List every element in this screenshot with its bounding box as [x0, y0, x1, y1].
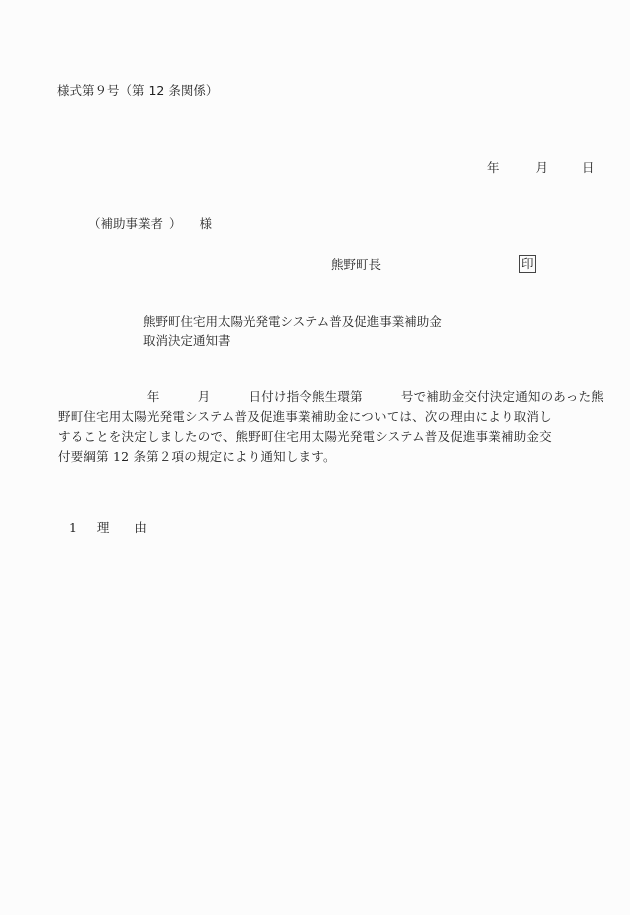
- addressee-open-paren: （: [88, 216, 101, 231]
- body-line: 付要綱第 12 条第２項の規定により通知します。: [58, 447, 590, 467]
- seal-stamp: 印: [519, 255, 536, 273]
- body-line: 年 月 日付け指令熊生環第 号で補助金交付決定通知のあった熊: [58, 387, 590, 407]
- date-year-label: 年: [487, 159, 500, 177]
- addressee-name: 補助事業者: [100, 216, 163, 231]
- body-paragraph: 年 月 日付け指令熊生環第 号で補助金交付決定通知のあった熊 野町住宅用太陽光発…: [58, 387, 590, 467]
- addressee: （補助事業者）様: [80, 197, 212, 233]
- body-line: 野町住宅用太陽光発電システム普及促進事業補助金については、次の理由により取消し: [58, 407, 590, 427]
- date-line: 年月日: [479, 141, 595, 177]
- addressee-close-paren: ）: [169, 216, 182, 231]
- date-month-label: 月: [535, 159, 548, 177]
- form-number: 様式第９号（第 12 条関係）: [57, 82, 218, 100]
- document-title-line1: 熊野町住宅用太陽光発電システム普及促進事業補助金: [143, 313, 442, 331]
- date-day-label: 日: [582, 159, 595, 177]
- reason-number: 1: [69, 520, 77, 535]
- document-title-line2: 取消決定通知書: [143, 332, 231, 350]
- addressee-honorific: 様: [200, 216, 213, 231]
- sender-title: 熊野町長: [331, 256, 381, 274]
- reason-label: 理 由: [97, 520, 147, 535]
- body-line: することを決定しましたので、熊野町住宅用太陽光発電システム普及促進事業補助金交: [58, 427, 590, 447]
- reason-heading: 1理 由: [61, 501, 147, 537]
